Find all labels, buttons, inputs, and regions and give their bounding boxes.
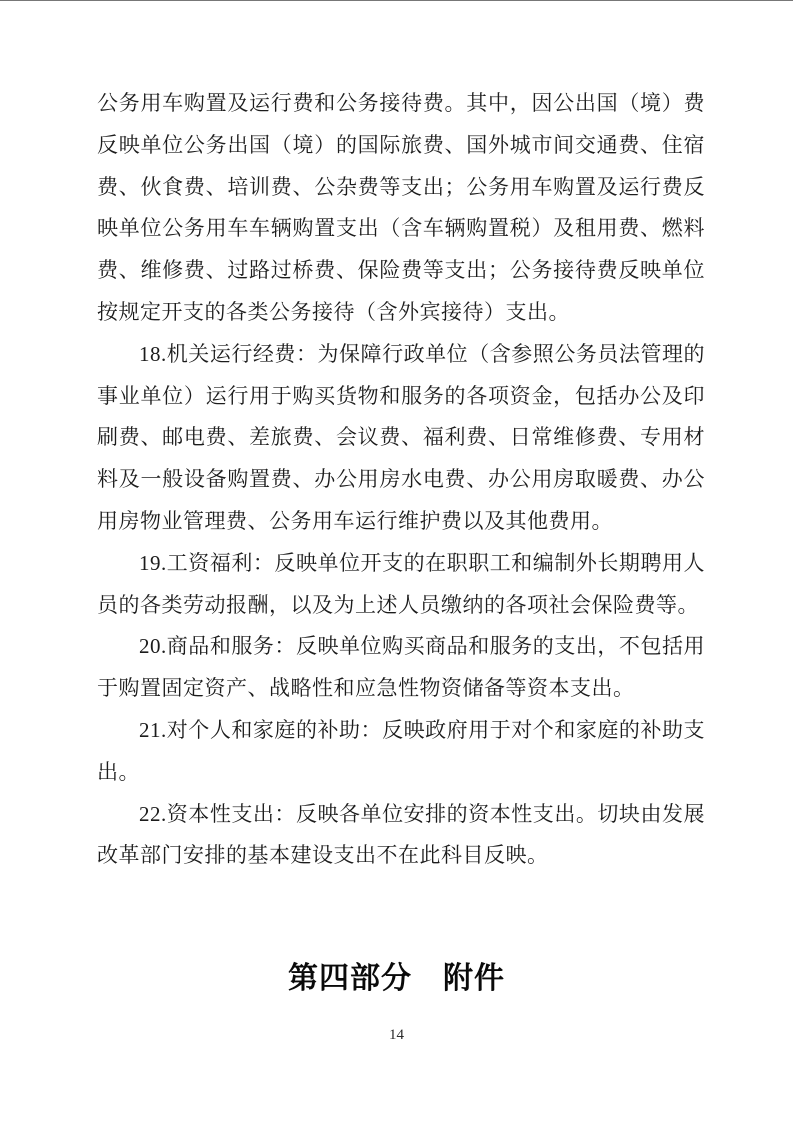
- section-heading: 第四部分 附件: [0, 961, 793, 997]
- paragraph: 21.对个人和家庭的补助：反映政府用于对个和家庭的补助支出。: [97, 710, 705, 794]
- paragraph: 20.商品和服务：反映单位购买商品和服务的支出，不包括用于购置固定资产、战略性和…: [97, 626, 705, 710]
- paragraph: 22.资本性支出：反映各单位安排的资本性支出。切块由发展改革部门安排的基本建设支…: [97, 794, 705, 878]
- body-text-block: 公务用车购置及运行费和公务接待费。其中，因公出国（境）费反映单位公务出国（境）的…: [0, 1, 793, 877]
- paragraph: 公务用车购置及运行费和公务接待费。其中，因公出国（境）费反映单位公务出国（境）的…: [97, 83, 705, 334]
- page-number: 14: [0, 1027, 793, 1044]
- paragraph: 18.机关运行经费：为保障行政单位（含参照公务员法管理的事业单位）运行用于购买货…: [97, 334, 705, 543]
- document-page: 公务用车购置及运行费和公务接待费。其中，因公出国（境）费反映单位公务出国（境）的…: [0, 0, 793, 1122]
- paragraph: 19.工资福利：反映单位开支的在职职工和编制外长期聘用人员的各类劳动报酬，以及为…: [97, 543, 705, 627]
